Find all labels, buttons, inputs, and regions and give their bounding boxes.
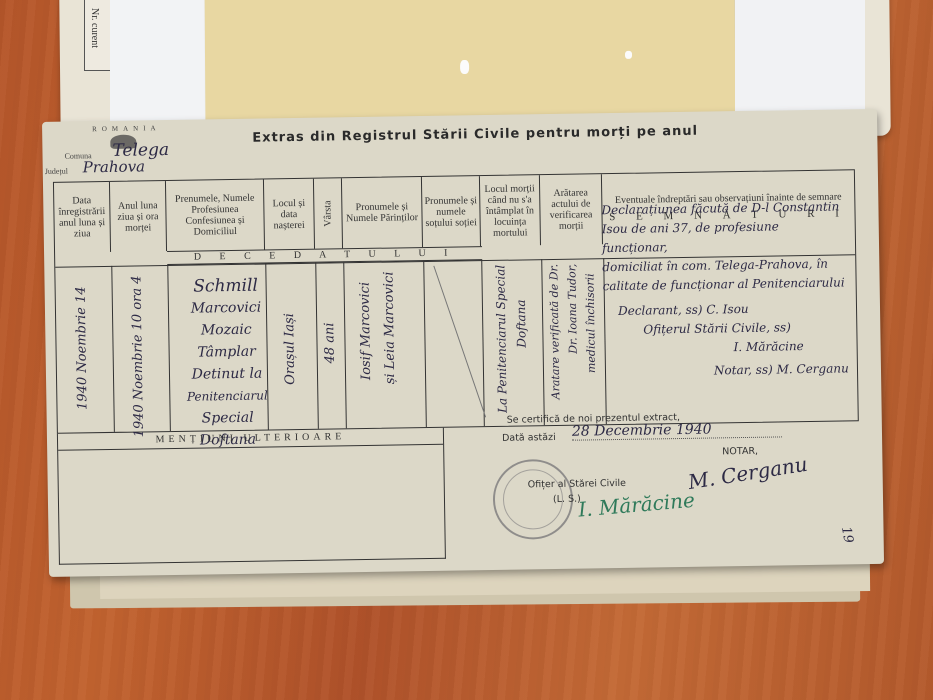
registration-date-value: 1940 Noembrie 14 [74, 286, 91, 410]
surname: Schmill [175, 274, 275, 298]
paper-hole [460, 60, 469, 74]
date-label: Dată astăzi [502, 432, 556, 444]
residence-line: Penitenciarul [177, 384, 277, 408]
death-date-value: 1940 Noembrie 10 ora 4 [129, 275, 147, 437]
age-value: 48 ani [322, 322, 338, 363]
page-number: 19 [838, 525, 856, 544]
father-value: Iosif Marcovici [358, 282, 375, 380]
header-birthplace: Locul și data nașterei [264, 179, 315, 250]
county-label: Județul [45, 167, 68, 176]
white-paper-strip-left [110, 0, 220, 130]
notary-handwritten-signature: M. Cerganu [686, 452, 809, 494]
notary-signature: Notar, ss) M. Cerganu [604, 359, 849, 382]
country-label: ROMANIA [92, 124, 161, 133]
header-registration-date: Data înregistrării anul luna și ziua [54, 182, 111, 253]
paper-hole [625, 51, 632, 59]
strike-line [433, 266, 486, 418]
observations-text: Declarațiunea făcută de D-l Constantin I… [601, 197, 849, 382]
mentiuni-ulterioare-box: MENȚIUNI ULTERIOARE [57, 428, 446, 565]
nr-curent-column: Nr. curent [84, 0, 112, 71]
verification-line: Dr. Ioana Tudor, [565, 264, 579, 354]
header-age: Vârsta [314, 178, 343, 248]
birthplace-value: Orașul Iași [282, 313, 298, 385]
yellow-paper-sheet [205, 0, 736, 120]
header-age-text: Vârsta [322, 200, 333, 226]
col-death-date: 1940 Noembrie 10 ora 4 [111, 265, 171, 432]
header-verification: Arătarea actului de verificarea morții [540, 174, 603, 245]
place-of-death-line: La Penitenciarul Special [493, 265, 509, 413]
col-verification: Aratare verificată de Dr. Dr. Ioana Tudo… [541, 258, 607, 425]
county-value: Prahova [83, 157, 146, 176]
religion: Mozaic [176, 318, 276, 342]
residence-line: Detinut la [177, 362, 277, 386]
profession: Tâmplar [176, 340, 276, 364]
death-register-extract: ROMANIA Comuna Telega Județul Prahova Ex… [42, 109, 884, 577]
col-place-of-death: La Penitenciarul Special Doftana [481, 259, 545, 426]
name-line: Marcovici [176, 296, 276, 320]
col-registration-date: 1940 Noembrie 14 [55, 266, 115, 433]
observation-line: Declarațiunea făcută de D-l Constantin [601, 197, 846, 220]
header-name: Prenumele, Numele Profesiunea Confesiune… [166, 180, 265, 252]
col-parents: Iosif Marcovici și Leia Marcovici [343, 261, 427, 428]
deceased-name-block: Schmill Marcovici Mozaic Tâmplar Detinut… [175, 274, 278, 452]
observation-line: calitate de funcționar al Penitenciarulu… [603, 273, 848, 296]
verification-line: medicul închisorii [583, 273, 598, 373]
date-value: 28 Decembrie 1940 [572, 420, 782, 440]
col-age: 48 ani [315, 262, 347, 428]
col-spouse [423, 260, 485, 427]
residence-line: Special [178, 406, 278, 430]
header-death-date: Anul luna ziua și ora morței [110, 181, 167, 252]
observation-line: Isou de ani 37, de profesiune funcționar… [602, 216, 848, 258]
header-place-of-death: Locul morții când nu s'a întâmplat în lo… [480, 175, 541, 246]
document-title: Extras din Registrul Stării Civile pentr… [252, 124, 698, 146]
verification-line: Aratare verificată de Dr. [547, 264, 562, 400]
officer-green-signature: I. Mărăcine [577, 488, 695, 522]
mother-value: și Leia Marcovici [381, 271, 398, 384]
officer-label: Ofițer al Stărei Civile [528, 478, 626, 491]
header-spouse: Pronumele și numele soțului soției [422, 176, 481, 247]
place-of-death-line: Doftana [514, 299, 529, 347]
notary-label: NOTAR, [722, 446, 758, 458]
officer-signature: I. Mărăcine [603, 336, 848, 359]
nr-curent-label: Nr. curent [89, 8, 100, 48]
header-parents: Pronumele și Numele Părinților [342, 177, 423, 248]
col-birthplace: Orașul Iași [265, 263, 319, 430]
